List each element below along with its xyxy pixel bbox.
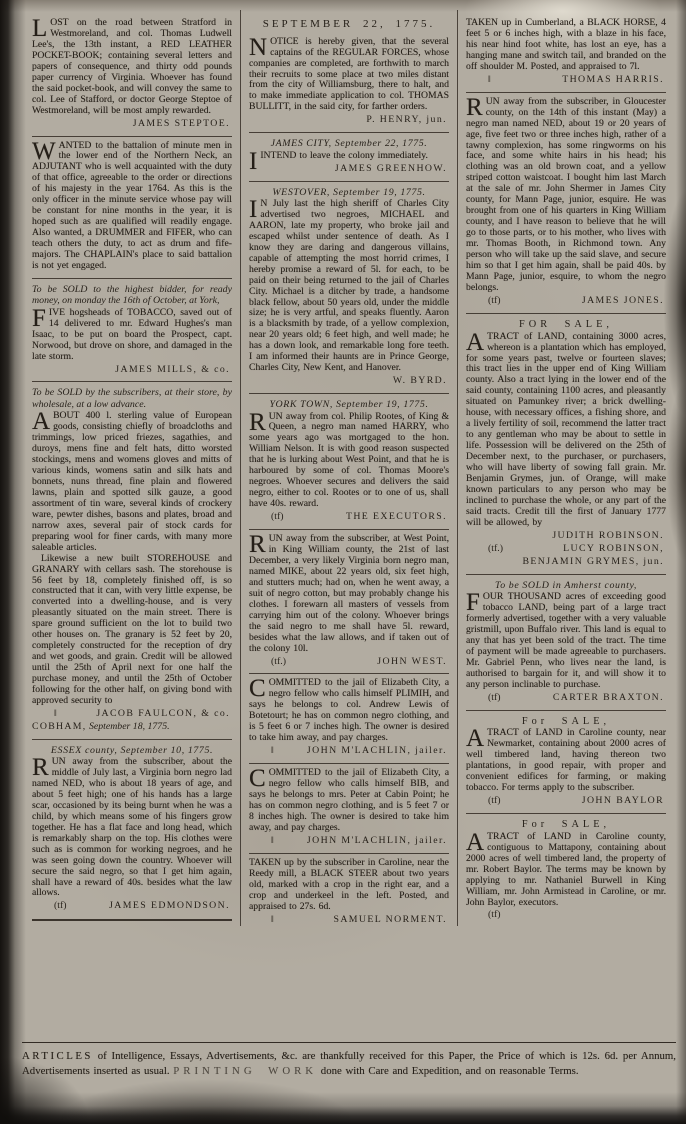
store-goods-sale: To be SOLD by the subscribers, at their … — [32, 381, 232, 732]
footer-notice: ARTICLES of Intelligence, Essays, Advert… — [22, 1049, 676, 1078]
committed-bib: COMMITTED to the jail of Elizabeth City,… — [249, 763, 449, 847]
signature-mark: ‖ — [466, 74, 491, 86]
signature-line: P. HENRY, jun. — [249, 114, 449, 126]
column-end-rule — [32, 919, 232, 921]
drop-cap: F — [32, 308, 49, 329]
ad-body-text: Likewise a new built STOREHOUSE and GRAN… — [32, 554, 232, 707]
signature-line: ‖SAMUEL NORMENT. — [249, 914, 449, 926]
column-right: TAKEN up in Cumberland, a BLACK HORSE, 4… — [457, 10, 674, 926]
signature-mark: (tf) — [466, 909, 501, 921]
page-footer: ARTICLES of Intelligence, Essays, Advert… — [22, 1042, 676, 1078]
land-sale-king-william: FOR SALE,ATRACT of LAND, containing 3000… — [466, 313, 666, 568]
taken-steer: TAKEN up by the subscriber in Caroline, … — [249, 853, 449, 926]
land-sale-amherst: To be SOLD in Amherst county,FOUR THOUSA… — [466, 574, 666, 704]
taken-horse: TAKEN up in Cumberland, a BLACK HORSE, 4… — [466, 16, 666, 86]
military-notice: NOTICE is hereby given, that the several… — [249, 35, 449, 127]
ad-body-text: COMMITTED to the jail of Elizabeth City,… — [249, 678, 449, 744]
drop-cap: I — [249, 199, 260, 220]
drop-cap: W — [32, 141, 59, 162]
runaway-mike: RUN away from the subscriber, at West Po… — [249, 529, 449, 667]
signature-name: BENJAMIN GRYMES, jun. — [522, 556, 666, 568]
column-middle: SEPTEMBER 22, 1775.NOTICE is hereby give… — [240, 10, 457, 926]
drop-cap: A — [466, 832, 487, 853]
wanted-adjutant: WANTED to the battalion of minute men in… — [32, 136, 232, 272]
ad-body-text: RUN away from the subscriber, at West Po… — [249, 534, 449, 654]
ad-body-text: LOST on the road between Stratford in We… — [32, 18, 232, 117]
drop-cap: A — [32, 411, 53, 432]
signature-name: JOHN WEST. — [377, 656, 449, 668]
ad-heading: WESTOVER, September 19, 1775. — [249, 187, 449, 198]
signature-line: ‖JACOB FAULCON, & co. — [32, 708, 232, 720]
byrd-reward: WESTOVER, September 19, 1775.IN July las… — [249, 181, 449, 388]
signature-name: JAMES JONES. — [582, 295, 666, 307]
committed-plimih: COMMITTED to the jail of Elizabeth City,… — [249, 673, 449, 757]
ad-body-text: RUN away from the subscriber, in Glouces… — [466, 97, 666, 294]
signature-line: (tf.)JOHN WEST. — [249, 656, 449, 668]
ad-body-text: RUN away from the subscriber, about the … — [32, 757, 232, 899]
signature-line: (tf.)LUCY ROBINSON, — [466, 543, 666, 555]
signature-name: W. BYRD. — [393, 375, 449, 387]
runaway-ned-essex: ESSEX county, September 10, 1775.RUN awa… — [32, 739, 232, 922]
signature-line: JAMES GREENHOW. — [260, 163, 449, 175]
drop-cap: N — [249, 37, 270, 58]
drop-cap: A — [466, 332, 487, 353]
drop-cap: L — [32, 18, 50, 39]
footer-segment: PRINTING WORK — [173, 1065, 317, 1077]
ad-heading: To be SOLD to the highest bidder, for re… — [32, 284, 232, 307]
drop-cap: I — [249, 151, 260, 172]
ad-body-text: ATRACT of LAND in Caroline county, conti… — [466, 832, 666, 909]
ad-body-text: ATRACT of LAND in Caroline county, near … — [466, 728, 666, 794]
ad-body-text: TAKEN up in Cumberland, a BLACK HORSE, 4… — [466, 18, 666, 73]
newspaper-page: LOST on the road between Stratford in We… — [0, 0, 686, 1124]
signature-mark: ‖ — [32, 708, 57, 720]
signature-mark: ‖ — [249, 914, 274, 926]
date-header: SEPTEMBER 22, 1775. — [249, 16, 449, 31]
footer-rule — [22, 1042, 676, 1043]
signature-line: JUDITH ROBINSON. — [466, 530, 666, 542]
signature-name: THOMAS HARRIS. — [562, 74, 666, 86]
signature-name: P. HENRY, jun. — [366, 114, 449, 126]
drop-cap: A — [466, 728, 487, 749]
footer-segment: done with Care and Expedition, and on re… — [317, 1065, 578, 1077]
signature-mark: (tf.) — [466, 543, 503, 555]
ad-body-text: NOTICE is hereby given, that the several… — [249, 37, 449, 114]
signature-line: ‖THOMAS HARRIS. — [466, 74, 666, 86]
ad-body-text: ABOUT 400 l. sterling value of European … — [32, 411, 232, 553]
signature-name: JUDITH ROBINSON. — [552, 530, 666, 542]
signature-name: JOHN BAYLOR — [582, 795, 666, 807]
ad-body-text: ATRACT of LAND, containing 3000 acres, w… — [466, 332, 666, 529]
signature-line: ‖JOHN M'LACHLIN, jailer. — [249, 745, 449, 757]
signature-line: (tf)JAMES EDMONDSON. — [32, 900, 232, 912]
dateline-date: September 18, 1775. — [87, 721, 170, 732]
ad-heading: ESSEX county, September 10, 1775. — [32, 745, 232, 756]
signature-mark: (tf) — [466, 692, 501, 704]
ad-heading: To be SOLD by the subscribers, at their … — [32, 387, 232, 410]
signature-line: (tf) — [466, 909, 666, 921]
signature-line: BENJAMIN GRYMES, jun. — [466, 556, 666, 568]
signature-name: CARTER BRAXTON. — [553, 692, 666, 704]
signature-mark: ‖ — [249, 745, 274, 757]
ad-body-text: FIVE hogsheads of TOBACCO, saved out of … — [32, 308, 232, 363]
land-sale-caroline-mattapony: For SALE,ATRACT of LAND in Caroline coun… — [466, 813, 666, 921]
drop-cap: R — [32, 757, 52, 778]
signature-name: JOHN M'LACHLIN, jailer. — [307, 745, 449, 757]
columns-container: LOST on the road between Stratford in We… — [24, 10, 674, 926]
ad-body-text: FOUR THOUSAND acres of exceeding good to… — [466, 592, 666, 691]
lost-pocketbook: LOST on the road between Stratford in We… — [32, 16, 232, 130]
signature-line: ‖JOHN M'LACHLIN, jailer. — [249, 835, 449, 847]
signature-mark: (tf.) — [249, 656, 286, 668]
signature-name: THE EXECUTORS. — [346, 511, 449, 523]
ad-body-text: WANTED to the battalion of minute men in… — [32, 141, 232, 272]
ad-heading: YORK TOWN, September 19, 1775. — [249, 399, 449, 410]
signature-mark: (tf) — [466, 295, 501, 307]
ad-body-text: TAKEN up by the subscriber in Caroline, … — [249, 858, 449, 913]
land-sale-caroline-newmarket: For SALE,ATRACT of LAND in Caroline coun… — [466, 710, 666, 807]
signature-line: W. BYRD. — [249, 375, 449, 387]
ad-body-text: COMMITTED to the jail of Elizabeth City,… — [249, 768, 449, 834]
ad-body-text: RUN away from col. Philip Rootes, of Kin… — [249, 412, 449, 511]
greenhow-notice: JAMES CITY, September 22, 1775.IINTEND t… — [249, 132, 449, 174]
signature-line: (tf)CARTER BRAXTON. — [466, 692, 666, 704]
signature-name: JOHN M'LACHLIN, jailer. — [307, 835, 449, 847]
signature-mark: ‖ — [249, 835, 274, 847]
signature-mark: (tf) — [249, 511, 284, 523]
signature-mark: (tf) — [466, 795, 501, 807]
signature-name — [664, 909, 666, 921]
signature-line: (tf)JOHN BAYLOR — [466, 795, 666, 807]
signature-name: LUCY ROBINSON, — [563, 543, 666, 555]
signature-line: JAMES STEPTOE. — [32, 118, 232, 130]
signature-name: JAMES EDMONDSON. — [109, 900, 232, 912]
ad-heading: SEPTEMBER 22, 1775. — [249, 18, 449, 31]
drop-cap: R — [249, 412, 269, 433]
footer-segment: ARTICLES — [22, 1050, 93, 1062]
ad-body-text: IINTEND to leave the colony immediately. — [249, 151, 449, 162]
drop-cap: C — [249, 678, 269, 699]
ad-heading: JAMES CITY, September 22, 1775. — [249, 138, 449, 149]
drop-cap: R — [466, 97, 486, 118]
ad-heading: For SALE, — [466, 819, 666, 831]
ad-heading: FOR SALE, — [466, 319, 666, 331]
drop-cap: F — [466, 592, 483, 613]
signature-name: JAMES MILLS, & co. — [115, 364, 232, 376]
signature-line: (tf)THE EXECUTORS. — [249, 511, 449, 523]
ad-body-text: IN July last the high sheriff of Charles… — [249, 199, 449, 374]
runaway-harry: YORK TOWN, September 19, 1775.RUN away f… — [249, 393, 449, 523]
signature-name: JAMES GREENHOW. — [335, 163, 449, 175]
signature-name: JAMES STEPTOE. — [133, 118, 232, 130]
dateline-place: COBHAM, — [32, 721, 87, 732]
signature-name: SAMUEL NORMENT. — [333, 914, 449, 926]
signature-mark: (tf) — [32, 900, 67, 912]
ad-heading: For SALE, — [466, 716, 666, 728]
signature-line: (tf)JAMES JONES. — [466, 295, 666, 307]
signature-line: JAMES MILLS, & co. — [32, 364, 232, 376]
column-left: LOST on the road between Stratford in We… — [24, 10, 240, 926]
drop-cap: C — [249, 768, 269, 789]
runaway-ned-gloucester: RUN away from the subscriber, in Glouces… — [466, 92, 666, 307]
tobacco-sale: To be SOLD to the highest bidder, for re… — [32, 278, 232, 375]
ad-dateline-post: COBHAM, September 18, 1775. — [32, 721, 232, 733]
drop-cap: R — [249, 534, 269, 555]
ad-heading: To be SOLD in Amherst county, — [466, 580, 666, 591]
signature-name: JACOB FAULCON, & co. — [96, 708, 232, 720]
